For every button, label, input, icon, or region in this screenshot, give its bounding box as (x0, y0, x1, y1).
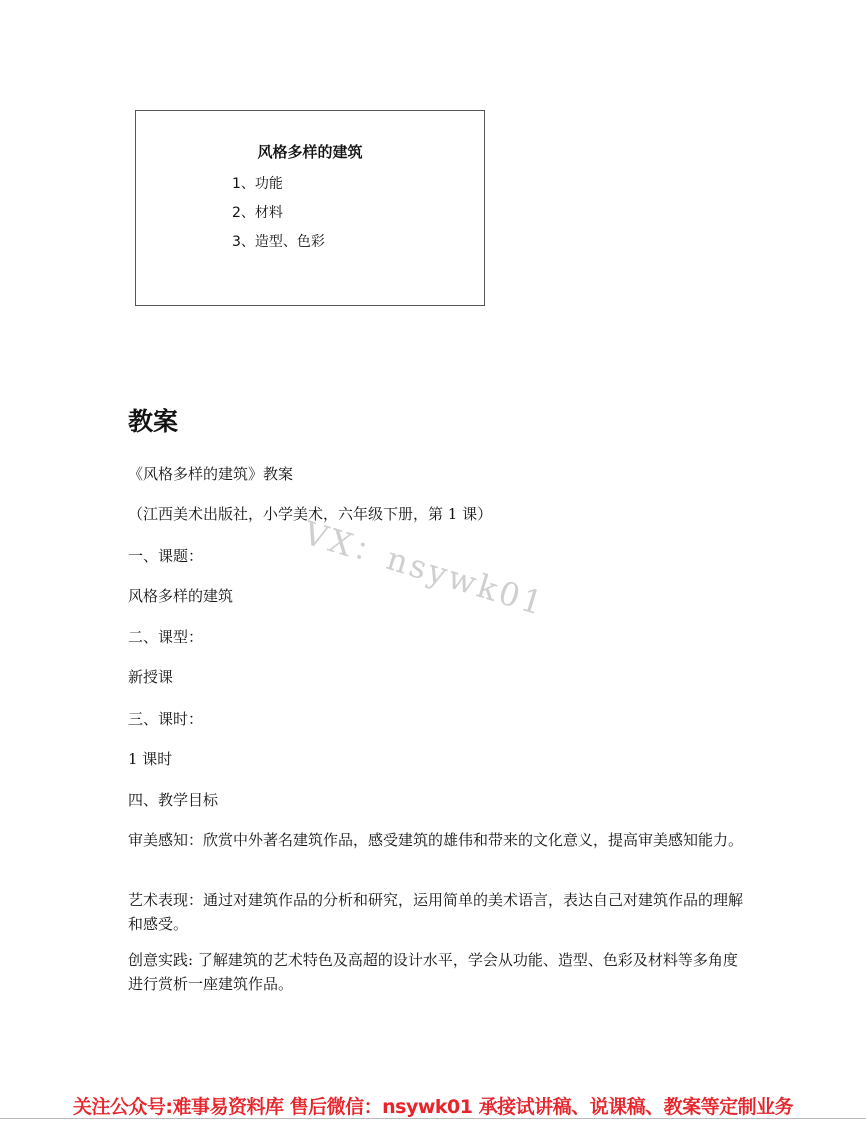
section-objectives-label: 四、教学目标 (128, 788, 748, 812)
slide-item-material: 2、材料 (232, 202, 283, 222)
slide-item-function: 1、功能 (232, 173, 283, 193)
publisher-info: （江西美术出版社，小学美术，六年级下册，第 1 课） (128, 502, 748, 526)
type-value: 新授课 (128, 665, 748, 689)
hours-value: 1 课时 (128, 747, 748, 771)
objective-aesthetic: 审美感知：欣赏中外著名建筑作品，感受建筑的雄伟和带来的文化意义，提高审美感知能力… (128, 828, 748, 852)
slide-outline-box: 风格多样的建筑 1、功能 2、材料 3、造型、色彩 (135, 110, 485, 306)
objective-expression: 艺术表现：通过对建筑作品的分析和研究，运用简单的美术语言，表达自己对建筑作品的理… (128, 888, 748, 936)
section-hours-label: 三、课时： (128, 707, 748, 731)
slide-item-shape-color: 3、造型、色彩 (232, 231, 325, 251)
section-type-label: 二、课型： (128, 625, 748, 649)
footer-banner: 关注公众号:难事易资料库 售后微信：nsywk01 承接试讲稿、说课稿、教案等定… (0, 1092, 866, 1119)
section-heading: 教案 (128, 402, 178, 438)
objective-creative: 创意实践: 了解建筑的艺术特色及高超的设计水平，学会从功能、造型、色彩及材料等多… (128, 948, 748, 996)
doc-title: 《风格多样的建筑》教案 (128, 462, 748, 486)
slide-title: 风格多样的建筑 (136, 141, 484, 162)
footer-divider (0, 1118, 866, 1119)
